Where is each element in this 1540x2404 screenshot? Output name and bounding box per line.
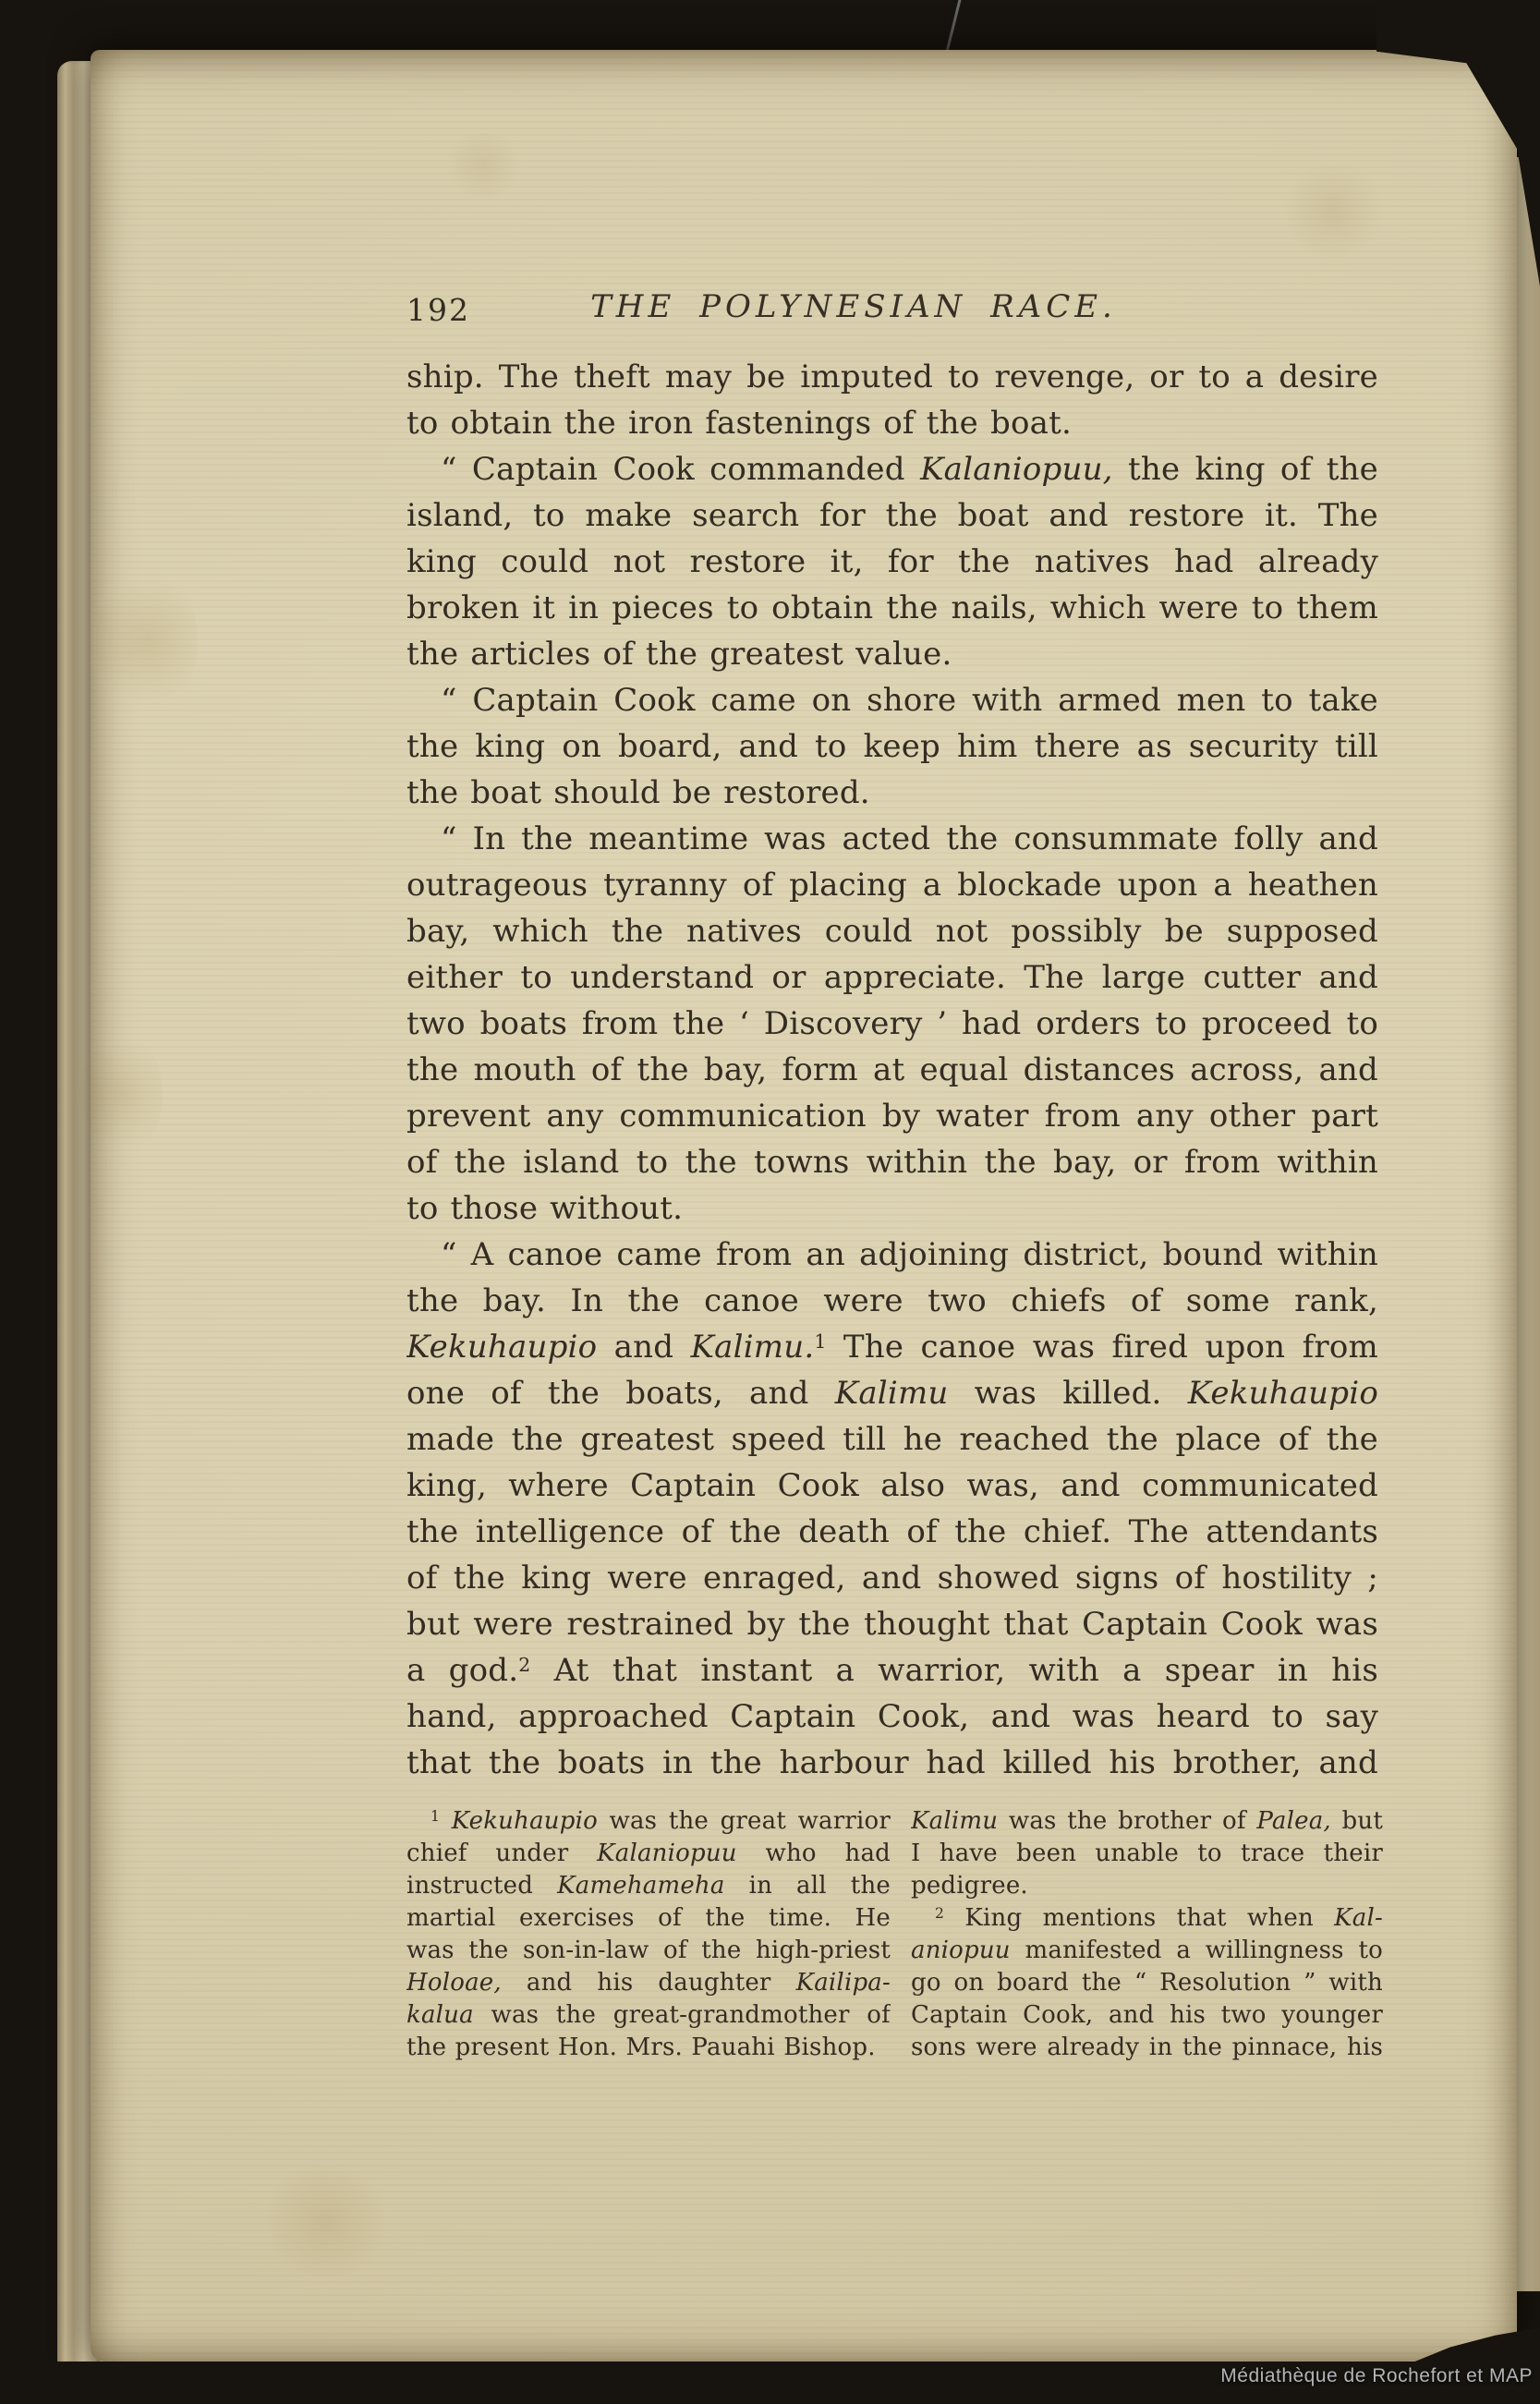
text-line: the bay. In the canoe were two chiefs of… — [406, 1278, 1378, 1324]
text-line: the present Hon. Mrs. Pauahi Bishop. — [406, 2032, 891, 2064]
paper-stain — [96, 567, 198, 715]
text-line: island, to make search for the boat and … — [406, 492, 1378, 539]
text-line: 2 King mentions that when Kal- — [911, 1902, 1383, 1935]
text-line: king could not restore it, for the nativ… — [406, 539, 1378, 585]
text-line: go on board the “ Resolution ” with — [911, 1967, 1383, 1999]
footnote-column-left: 1 Kekuhaupio was the great warriorchief … — [406, 1805, 891, 2064]
text-line: outrageous tyranny of placing a blockade… — [406, 862, 1378, 908]
text-line: aniopuu manifested a willingness to — [911, 1935, 1383, 1967]
text-line: either to understand or appreciate. The … — [406, 954, 1378, 1001]
paper-stain — [1282, 161, 1384, 262]
text-line: broken it in pieces to obtain the nails,… — [406, 585, 1378, 631]
text-line: the intelligence of the death of the chi… — [406, 1509, 1378, 1555]
text-line: pedigree. — [911, 1870, 1383, 1902]
text-line: king, where Captain Cook also was, and c… — [406, 1463, 1378, 1509]
text-line: was the son-in-law of the high-priest — [406, 1935, 891, 1967]
text-line: the boat should be restored. — [406, 770, 1378, 816]
text-line: to those without. — [406, 1185, 1378, 1232]
text-line: one of the boats, and Kalimu was killed.… — [406, 1370, 1378, 1416]
text-line: 1 Kekuhaupio was the great warrior — [406, 1805, 891, 1838]
paper-stain — [79, 1029, 163, 1159]
text-line: made the greatest speed till he reached … — [406, 1416, 1378, 1463]
text-line: sons were already in the pinnace, his — [911, 2032, 1383, 2064]
scan-background: 192 THE POLYNESIAN RACE. ship. The theft… — [0, 0, 1540, 2404]
text-line: Kekuhaupio and Kalimu.1 The canoe was fi… — [406, 1324, 1378, 1370]
text-line: “ In the meantime was acted the consumma… — [406, 816, 1378, 862]
text-line: the mouth of the bay, form at equal dist… — [406, 1047, 1378, 1093]
text-line: to obtain the iron fastenings of the boa… — [406, 400, 1378, 446]
text-line: “ A canoe came from an adjoining distric… — [406, 1232, 1378, 1278]
text-line: bay, which the natives could not possibl… — [406, 908, 1378, 954]
text-line: chief under Kalaniopuu who had — [406, 1838, 891, 1870]
text-line: ship. The theft may be imputed to reveng… — [406, 354, 1378, 400]
text-line: but were restrained by the thought that … — [406, 1601, 1378, 1647]
text-line: instructed Kamehameha in all the — [406, 1870, 891, 1902]
text-line: hand, approached Captain Cook, and was h… — [406, 1694, 1378, 1740]
text-line: two boats from the ‘ Discovery ’ had ord… — [406, 1001, 1378, 1047]
text-line: the king on board, and to keep him there… — [406, 723, 1378, 770]
text-line: a god.2 At that instant a warrior, with … — [406, 1647, 1378, 1694]
text-line: of the king were enraged, and showed sig… — [406, 1555, 1378, 1601]
text-line: Kalimu was the brother of Palea, but — [911, 1805, 1383, 1838]
text-line: of the island to the towns within the ba… — [406, 1139, 1378, 1185]
text-line: that the boats in the harbour had killed… — [406, 1740, 1378, 1786]
text-line: Captain Cook, and his two younger — [911, 1999, 1383, 2032]
text-line: I have been unable to trace their — [911, 1838, 1383, 1870]
paper-stain — [442, 133, 525, 198]
text-line: martial exercises of the time. He — [406, 1902, 891, 1935]
text-line: “ Captain Cook came on shore with armed … — [406, 677, 1378, 723]
footnote-column-right: Kalimu was the brother of Palea, butI ha… — [911, 1805, 1383, 2064]
text-line: Holoae, and his daughter Kailipa- — [406, 1967, 891, 1999]
text-line: kalua was the great-grandmother of — [406, 1999, 891, 2032]
text-line: “ Captain Cook commanded Kalaniopuu, the… — [406, 446, 1378, 492]
paper-stain — [257, 2166, 395, 2277]
body-text: ship. The theft may be imputed to reveng… — [406, 354, 1378, 1786]
library-watermark: Médiathèque de Rochefort et MAP — [1220, 2365, 1533, 2387]
text-line: the articles of the greatest value. — [406, 631, 1378, 677]
running-header-title: THE POLYNESIAN RACE. — [329, 288, 1378, 325]
text-line: prevent any communication by water from … — [406, 1093, 1378, 1139]
